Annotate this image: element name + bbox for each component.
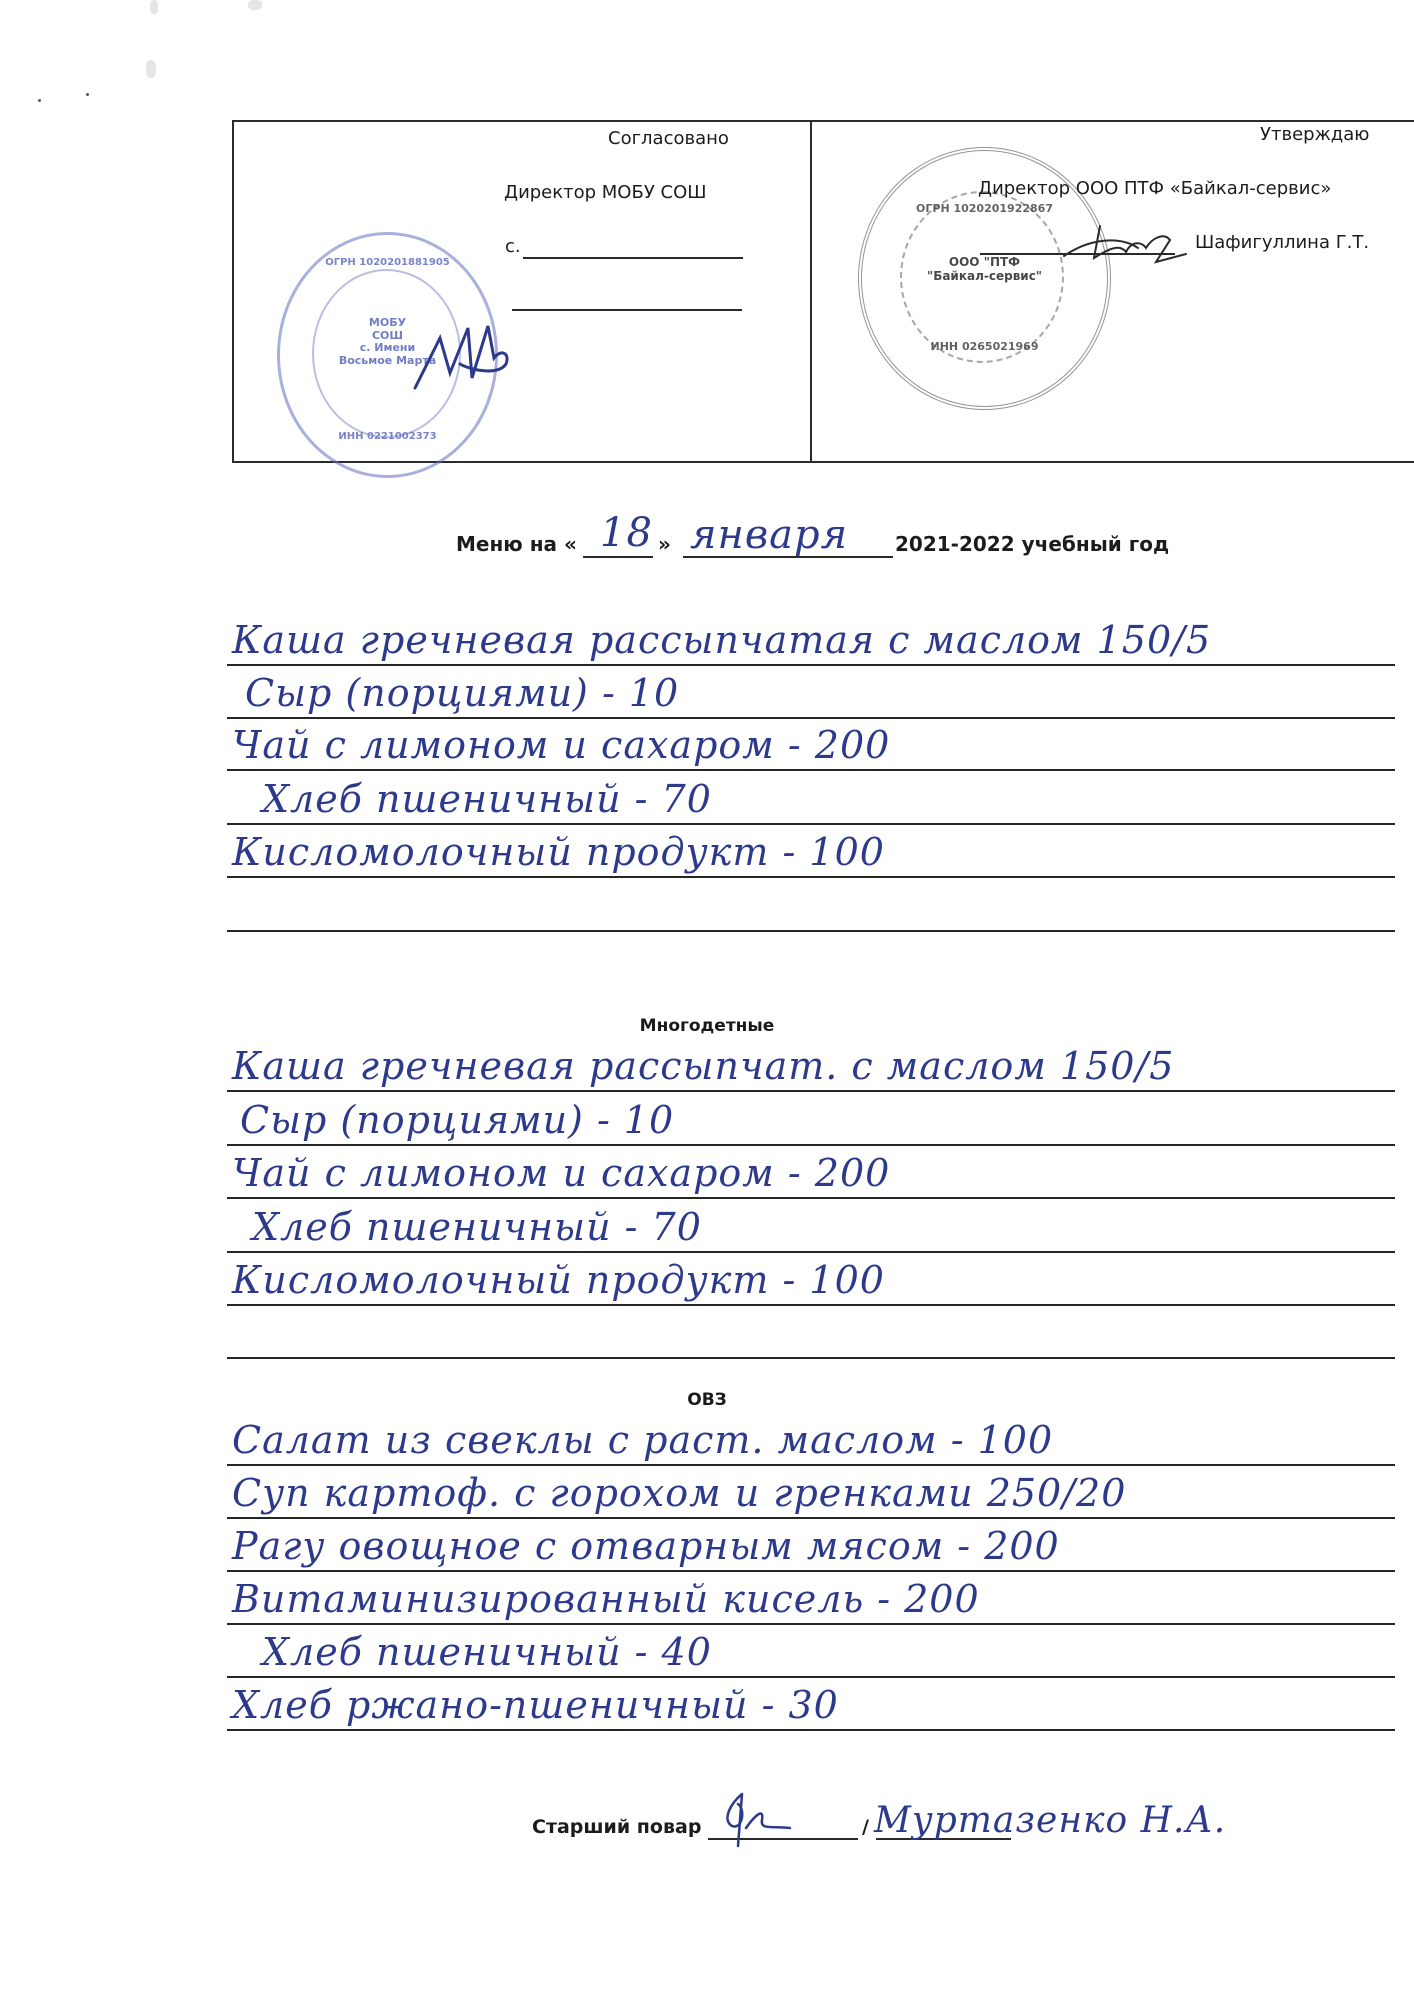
menu-item: Сыр (порциями) - 10	[240, 1098, 674, 1142]
menu-rule	[227, 664, 1395, 666]
menu-item: Каша гречневая рассыпчат. с маслом 150/5	[232, 1044, 1174, 1088]
agreed-position: Директор МОБУ СОШ	[504, 182, 707, 203]
approved-signatory: Шафигуллина Г.Т.	[1195, 232, 1369, 253]
menu-item: Хлеб пшеничный - 70	[252, 1205, 702, 1249]
school-stamp-ogrn: ОГРН 1020201881905	[280, 257, 495, 269]
day-underline	[583, 556, 653, 558]
menu-rule	[227, 769, 1395, 771]
menu-rule	[227, 1251, 1395, 1253]
menu-rule	[227, 1090, 1395, 1092]
menu-item: Каша гречневая рассыпчатая с маслом 150/…	[232, 618, 1211, 662]
section-title: ОВЗ	[0, 1390, 1414, 1410]
title-prefix: Меню на «	[456, 532, 577, 556]
menu-rule	[227, 1464, 1395, 1466]
director-signature-left	[410, 318, 520, 398]
menu-rule	[227, 1623, 1395, 1625]
menu-item: Витаминизированный кисель - 200	[232, 1577, 980, 1621]
menu-item: Чай с лимоном и сахаром - 200	[232, 723, 890, 767]
scan-smudge	[146, 60, 156, 78]
title-suffix: 2021-2022 учебный год	[895, 532, 1169, 556]
menu-rule	[227, 1144, 1395, 1146]
menu-item: Чай с лимоном и сахаром - 200	[232, 1151, 890, 1195]
menu-item: Хлеб ржано-пшеничный - 30	[232, 1683, 839, 1727]
village-prefix: с.	[505, 236, 521, 257]
scan-speck	[38, 99, 41, 102]
menu-rule	[227, 876, 1395, 878]
menu-item: Кисломолочный продукт - 100	[232, 830, 885, 874]
menu-rule	[227, 1517, 1395, 1519]
menu-item: Салат из свеклы с раст. маслом - 100	[232, 1418, 1053, 1462]
cook-signature	[712, 1790, 802, 1850]
section-title: Многодетные	[0, 1016, 1414, 1036]
title-mid: »	[658, 532, 671, 556]
menu-rule	[227, 1729, 1395, 1731]
menu-rule	[227, 1304, 1395, 1306]
menu-rule	[227, 717, 1395, 719]
menu-item: Хлеб пшеничный - 40	[262, 1630, 712, 1674]
title-day: 18	[600, 510, 653, 556]
menu-rule	[227, 1357, 1395, 1359]
menu-rule	[227, 1197, 1395, 1199]
scan-smudge	[248, 0, 262, 10]
company-stamp: ОГРН 1020201922867 ООО "ПТФ "Байкал-серв…	[858, 147, 1111, 410]
menu-rule	[227, 1570, 1395, 1572]
menu-item: Кисломолочный продукт - 100	[232, 1258, 885, 1302]
menu-item: Рагу овощное с отварным мясом - 200	[232, 1524, 1060, 1568]
cook-separator: /	[862, 1816, 869, 1838]
company-stamp-inn: ИНН 0265021969	[862, 341, 1107, 354]
menu-item: Сыр (порциями) - 10	[245, 671, 679, 715]
title-month: января	[690, 512, 848, 558]
cook-name: Муртазенко Н.А.	[874, 1800, 1226, 1841]
director-signature-right	[1060, 218, 1190, 268]
menu-rule	[227, 1676, 1395, 1678]
menu-item: Хлеб пшеничный - 70	[262, 777, 712, 821]
menu-rule	[227, 930, 1395, 932]
agreed-heading: Согласовано	[608, 128, 729, 149]
approval-table-divider	[810, 120, 812, 463]
scan-speck	[86, 93, 89, 96]
approved-heading: Утверждаю	[1260, 124, 1369, 145]
cook-label: Старший повар	[532, 1816, 701, 1838]
company-stamp-ogrn: ОГРН 1020201922867	[862, 203, 1107, 216]
company-stamp-line: "Байкал-сервис"	[862, 270, 1107, 284]
signature-line-left	[512, 309, 742, 311]
menu-rule	[227, 823, 1395, 825]
village-line	[523, 257, 743, 259]
scan-smudge	[150, 0, 158, 14]
menu-item: Суп картоф. с горохом и гренками 250/20	[232, 1471, 1126, 1515]
school-stamp-inn: ИНН 0221002373	[280, 431, 495, 443]
